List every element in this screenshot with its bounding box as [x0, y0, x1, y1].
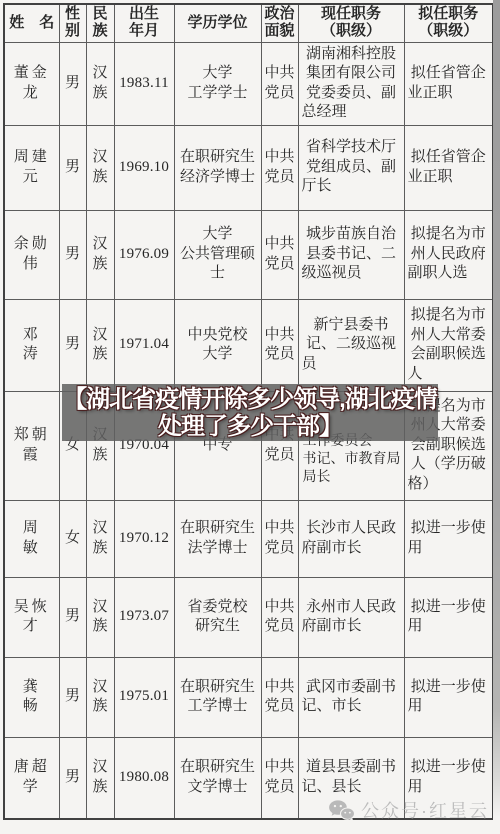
cell-ethnicity: 汉 族 — [86, 125, 114, 210]
cell-current: 湖南湘科控股集团有限公司党委委员、副总经理 — [298, 42, 404, 125]
cell-current: 永州市人民政府副市长 — [298, 577, 404, 657]
cell-ethnicity: 汉 族 — [86, 299, 114, 391]
cell-gender: 男 — [59, 737, 86, 819]
cell-name: 龚 畅 — [4, 657, 59, 737]
cell-education: 省委党校 研究生 — [174, 577, 261, 657]
wechat-account-watermark: 公众号·红星云 — [328, 797, 489, 823]
scanned-document-page: 姓 名性 别民 族出生 年月学历学位政治 面貌现任职务 （职级）拟任职务 （职级… — [0, 0, 500, 834]
cell-name: 郑朝霞 — [4, 391, 59, 500]
col-header-name: 姓 名 — [4, 4, 59, 42]
cell-current: 新宁县委书记、二级巡视员 — [298, 299, 404, 391]
cell-party: 中共 党员 — [261, 657, 298, 737]
cell-ethnicity: 汉 族 — [86, 657, 114, 737]
cell-proposed: 拟任省管企业正职 — [404, 125, 493, 210]
cell-party: 中共 党员 — [261, 500, 298, 577]
table-row: 董金龙男汉 族1983.11大学 工学学士中共 党员湖南湘科控股集团有限公司党委… — [4, 42, 493, 125]
watermark-text: 公众号·红星云 — [361, 797, 489, 823]
table-row: 余勋伟男汉 族1976.09大学 公共管理硕士中共 党员城步苗族自治县委书记、二… — [4, 210, 493, 299]
cell-gender: 女 — [59, 500, 86, 577]
cell-birth: 1976.09 — [114, 210, 174, 299]
cell-birth: 1980.08 — [114, 737, 174, 819]
cell-gender: 男 — [59, 125, 86, 210]
cell-name: 周建元 — [4, 125, 59, 210]
table-row: 周建元男汉 族1969.10在职研究生 经济学博士中共 党员省科学技术厅党组成员… — [4, 125, 493, 210]
col-header-birth: 出生 年月 — [114, 4, 174, 42]
table-row: 邓 涛男汉 族1971.04中央党校 大学中共 党员新宁县委书记、二级巡视员拟提… — [4, 299, 493, 391]
cell-current: 武冈市委副书记、市长 — [298, 657, 404, 737]
cell-name: 董金龙 — [4, 42, 59, 125]
cell-name: 吴恢才 — [4, 577, 59, 657]
cell-proposed: 拟进一步使用 — [404, 577, 493, 657]
cell-birth: 1975.01 — [114, 657, 174, 737]
cell-name: 唐超学 — [4, 737, 59, 819]
right-edge-scan-shadow — [493, 0, 500, 834]
col-header-gender: 性 别 — [59, 4, 86, 42]
cell-birth: 1969.10 — [114, 125, 174, 210]
cell-gender: 男 — [59, 210, 86, 299]
col-header-party: 政治 面貌 — [261, 4, 298, 42]
cell-party: 中共 党员 — [261, 42, 298, 125]
cell-birth: 1973.07 — [114, 577, 174, 657]
cell-party: 中共 党员 — [261, 299, 298, 391]
col-header-proposed: 拟任职务 （职级） — [404, 4, 493, 42]
article-title-overlay: 【湖北省疫情开除多少领导,湖北疫情 处理了多少干部】 — [62, 384, 438, 441]
cell-party: 中共 党员 — [261, 210, 298, 299]
cell-proposed: 拟进一步使用 — [404, 657, 493, 737]
header-row: 姓 名性 别民 族出生 年月学历学位政治 面貌现任职务 （职级）拟任职务 （职级… — [4, 4, 493, 42]
table-row: 周 敏女汉 族1970.12在职研究生 法学博士中共 党员长沙市人民政府副市长拟… — [4, 500, 493, 577]
overlay-title-line2: 处理了多少干部】 — [158, 413, 342, 440]
cell-education: 在职研究生 经济学博士 — [174, 125, 261, 210]
cell-current: 省科学技术厅党组成员、副厅长 — [298, 125, 404, 210]
cell-name: 余勋伟 — [4, 210, 59, 299]
cell-ethnicity: 汉 族 — [86, 737, 114, 819]
cell-education: 在职研究生 工学博士 — [174, 657, 261, 737]
cell-birth: 1971.04 — [114, 299, 174, 391]
cell-ethnicity: 汉 族 — [86, 577, 114, 657]
cell-birth: 1983.11 — [114, 42, 174, 125]
cell-name: 周 敏 — [4, 500, 59, 577]
cell-gender: 男 — [59, 299, 86, 391]
cell-current: 城步苗族自治县委书记、二级巡视员 — [298, 210, 404, 299]
col-header-ethnicity: 民 族 — [86, 4, 114, 42]
cell-ethnicity: 汉 族 — [86, 42, 114, 125]
cell-education: 大学 公共管理硕士 — [174, 210, 261, 299]
cell-proposed: 拟任省管企业正职 — [404, 42, 493, 125]
cell-education: 在职研究生 文学博士 — [174, 737, 261, 819]
cell-party: 中共 党员 — [261, 125, 298, 210]
cell-gender: 男 — [59, 657, 86, 737]
wechat-icon — [328, 799, 355, 822]
cell-proposed: 拟提名为市州人大常委会副职候选人 — [404, 299, 493, 391]
cell-name: 邓 涛 — [4, 299, 59, 391]
cell-education: 中央党校 大学 — [174, 299, 261, 391]
cell-proposed: 拟进一步使用 — [404, 500, 493, 577]
cell-ethnicity: 汉 族 — [86, 210, 114, 299]
table-row: 龚 畅男汉 族1975.01在职研究生 工学博士中共 党员武冈市委副书记、市长拟… — [4, 657, 493, 737]
cell-ethnicity: 汉 族 — [86, 500, 114, 577]
cell-gender: 男 — [59, 577, 86, 657]
cell-party: 中共 党员 — [261, 577, 298, 657]
cell-education: 大学 工学学士 — [174, 42, 261, 125]
table-header: 姓 名性 别民 族出生 年月学历学位政治 面貌现任职务 （职级）拟任职务 （职级… — [4, 4, 493, 42]
table-row: 吴恢才男汉 族1973.07省委党校 研究生中共 党员永州市人民政府副市长拟进一… — [4, 577, 493, 657]
cell-current: 长沙市人民政府副市长 — [298, 500, 404, 577]
overlay-title-line1: 【湖北省疫情开除多少领导,湖北疫情 — [63, 386, 437, 413]
cell-gender: 男 — [59, 42, 86, 125]
cell-proposed: 拟提名为市州人民政府副职人选 — [404, 210, 493, 299]
cell-birth: 1970.12 — [114, 500, 174, 577]
cell-education: 在职研究生 法学博士 — [174, 500, 261, 577]
cell-party: 中共 党员 — [261, 737, 298, 819]
col-header-current: 现任职务 （职级） — [298, 4, 404, 42]
col-header-education: 学历学位 — [174, 4, 261, 42]
